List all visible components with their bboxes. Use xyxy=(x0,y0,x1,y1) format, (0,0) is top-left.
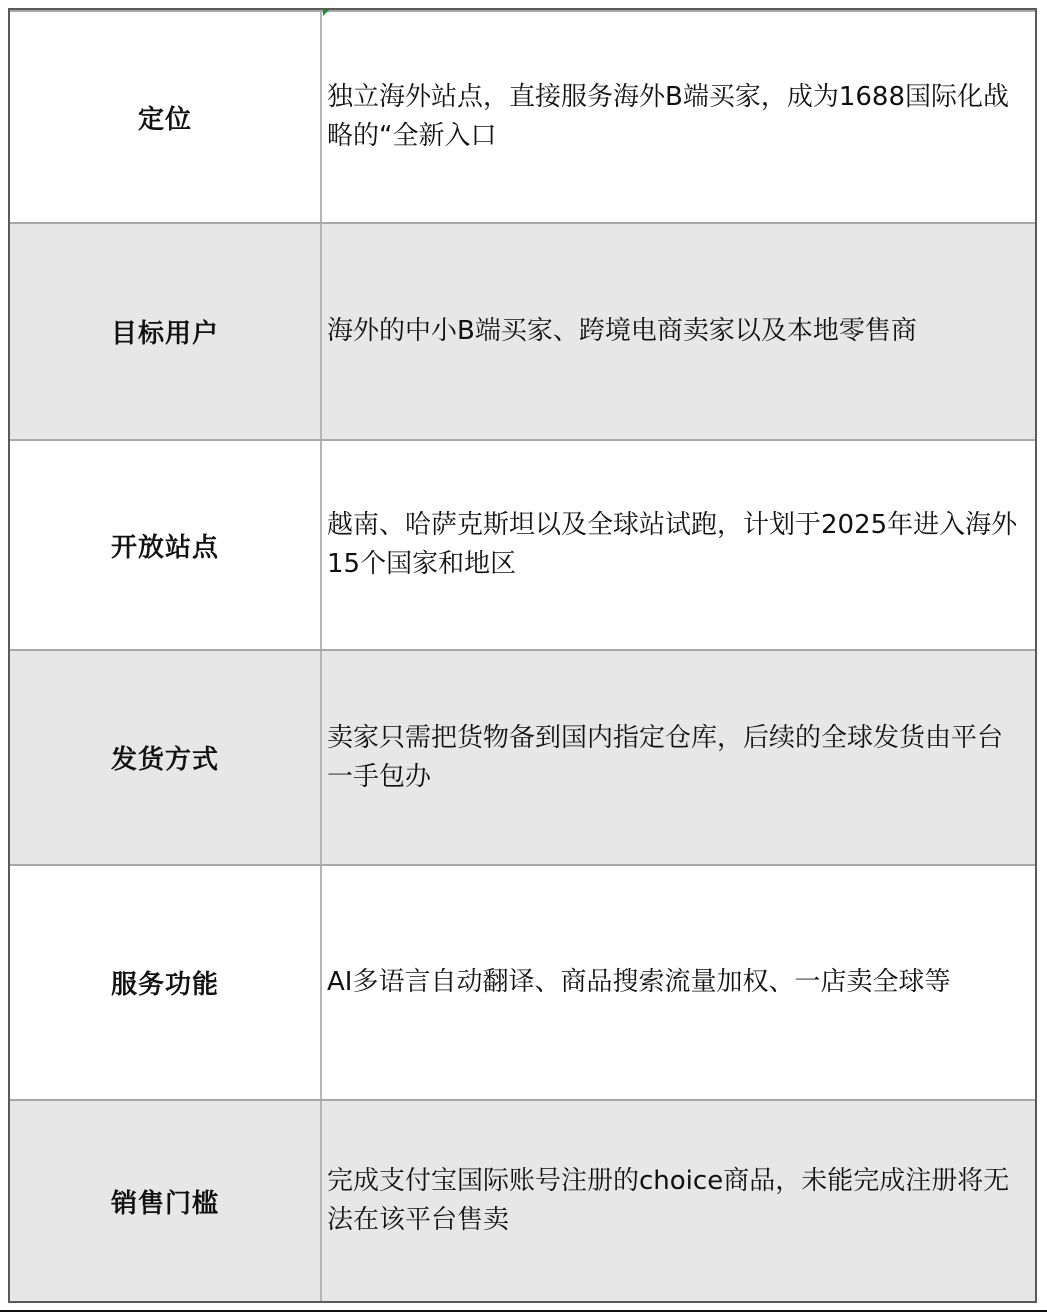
row-label: 目标用户 xyxy=(10,224,322,439)
table-row-service-features: 服务功能 AI多语言自动翻译、商品搜索流量加权、一店卖全球等 xyxy=(10,864,1035,1099)
table-row-shipping-method: 发货方式 卖家只需把货物备到国内指定仓库，后续的全球发货由平台一手包办 xyxy=(10,649,1035,864)
row-content: 卖家只需把货物备到国内指定仓库，后续的全球发货由平台一手包办 xyxy=(327,719,1025,797)
table-row-sales-threshold: 销售门槛 完成支付宝国际账号注册的choice商品，未能完成注册将无法在该平台售… xyxy=(10,1099,1035,1301)
row-content: 海外的中小B端买家、跨境电商卖家以及本地零售商 xyxy=(327,312,1025,351)
row-label: 销售门槛 xyxy=(10,1101,322,1301)
table-row-open-sites: 开放站点 越南、哈萨克斯坦以及全球站试跑，计划于2025年进入海外15个国家和地… xyxy=(10,439,1035,649)
row-content-cell: 完成支付宝国际账号注册的choice商品，未能完成注册将无法在该平台售卖 xyxy=(322,1101,1035,1301)
row-content: 独立海外站点，直接服务海外B端买家，成为1688国际化战略的“全新入口 xyxy=(327,78,1025,156)
row-content: AI多语言自动翻译、商品搜索流量加权、一店卖全球等 xyxy=(327,963,1025,1002)
row-label: 开放站点 xyxy=(10,441,322,649)
row-label: 服务功能 xyxy=(10,866,322,1099)
row-content: 完成支付宝国际账号注册的choice商品，未能完成注册将无法在该平台售卖 xyxy=(327,1162,1025,1240)
bottom-divider xyxy=(0,1310,1047,1312)
row-content-cell: 独立海外站点，直接服务海外B端买家，成为1688国际化战略的“全新入口 xyxy=(322,12,1035,222)
table-row-positioning: 定位 独立海外站点，直接服务海外B端买家，成为1688国际化战略的“全新入口 xyxy=(10,10,1035,222)
table-row-target-users: 目标用户 海外的中小B端买家、跨境电商卖家以及本地零售商 xyxy=(10,222,1035,439)
row-label: 发货方式 xyxy=(10,651,322,864)
row-content-cell: AI多语言自动翻译、商品搜索流量加权、一店卖全球等 xyxy=(322,866,1035,1099)
row-content: 越南、哈萨克斯坦以及全球站试跑，计划于2025年进入海外15个国家和地区 xyxy=(327,506,1025,584)
row-content-cell: 海外的中小B端买家、跨境电商卖家以及本地零售商 xyxy=(322,224,1035,439)
row-label: 定位 xyxy=(10,12,322,222)
row-content-cell: 卖家只需把货物备到国内指定仓库，后续的全球发货由平台一手包办 xyxy=(322,651,1035,864)
comparison-table: 定位 独立海外站点，直接服务海外B端买家，成为1688国际化战略的“全新入口 目… xyxy=(8,8,1037,1303)
row-content-cell: 越南、哈萨克斯坦以及全球站试跑，计划于2025年进入海外15个国家和地区 xyxy=(322,441,1035,649)
